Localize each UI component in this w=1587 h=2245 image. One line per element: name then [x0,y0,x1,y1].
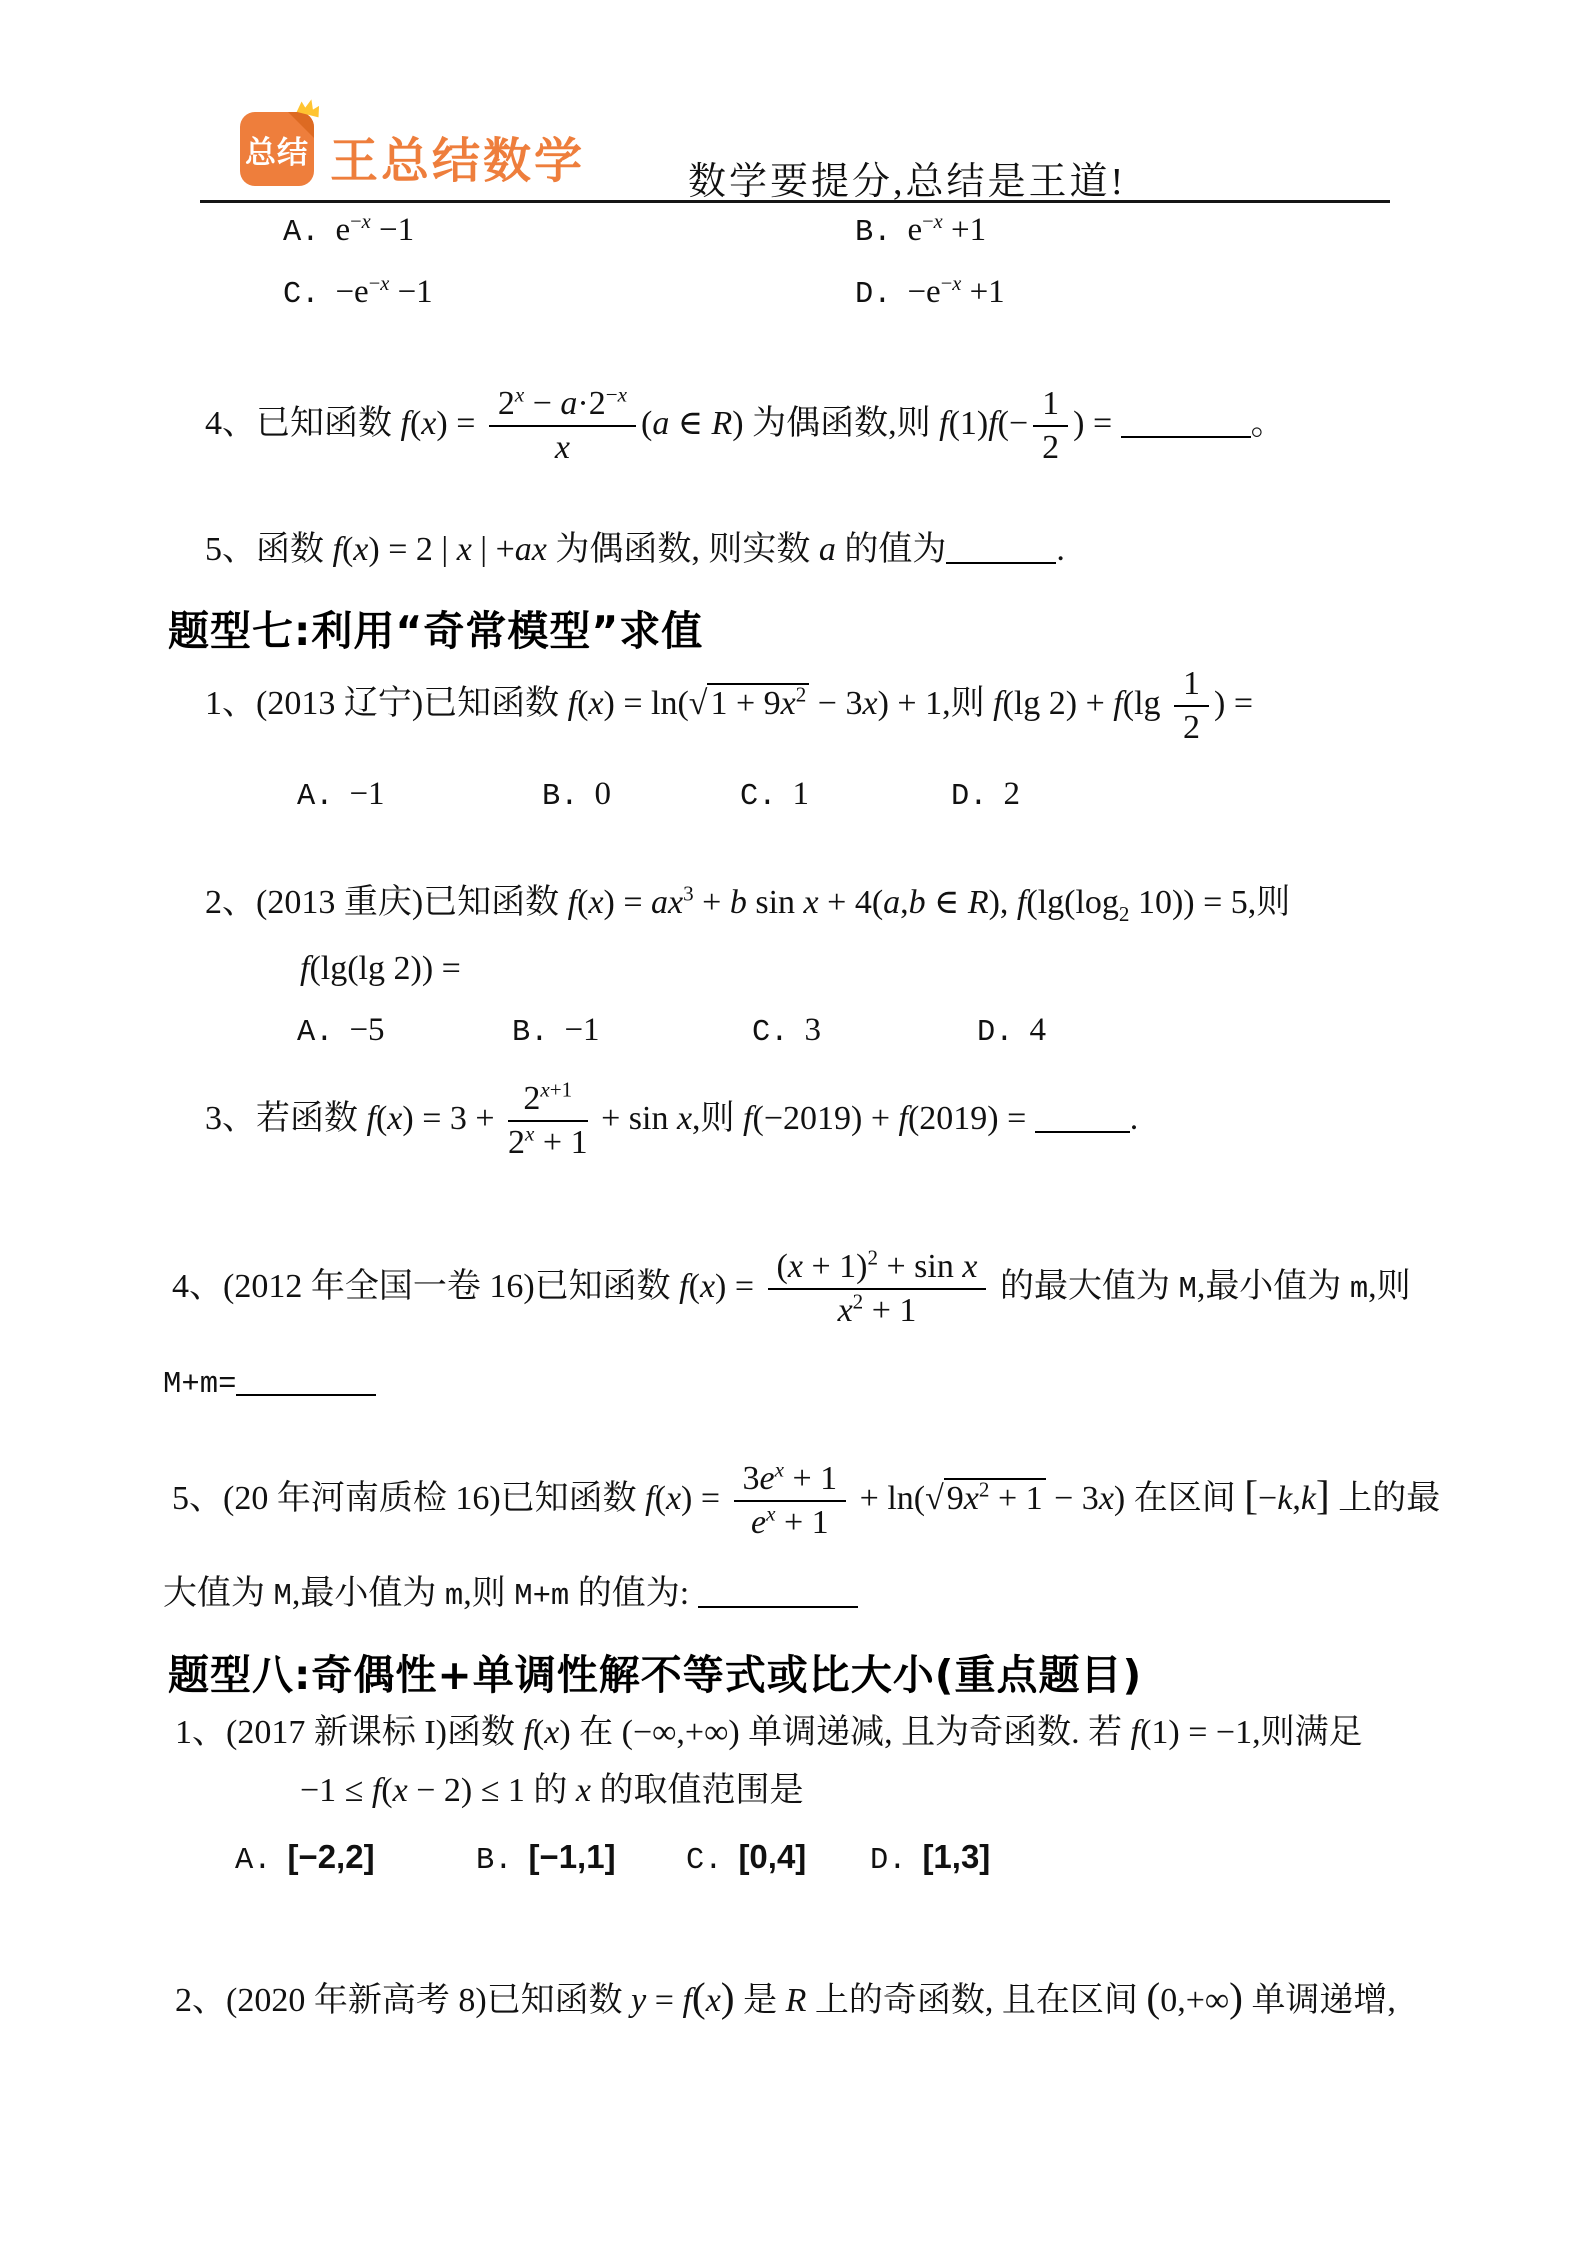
option-label: C. [740,780,776,814]
option-label: C. [686,1844,722,1878]
badge-text: 总结 [240,112,314,186]
option-value: −5 [349,1012,384,1048]
option-label: D. [870,1844,906,1878]
option-label: C. [752,1016,788,1050]
option-value: −1 [564,1012,599,1048]
s7-p1-option-a: A.−1 [297,776,385,814]
option-value: e−x −1 [335,212,414,248]
s7-p2-option-d: D.4 [977,1012,1046,1050]
brand-badge: 总结 [240,112,314,186]
header-rule [200,200,1390,203]
s7-problem-3: 3、若函数 f(x) = 3 + 2x+12x + 1 + sin x,则 f(… [205,1080,1138,1162]
option-b: B.e−x +1 [855,212,986,250]
s8-problem-2: 2、(2020 年新高考 8)已知函数 y = f(x) 是 R 上的奇函数, … [175,1972,1396,2024]
s8-p1-option-d: D.[1,3] [870,1838,990,1878]
brand-title: 王总结数学 [330,122,585,191]
s7-problem-5-line1: 5、(20 年河南质检 16)已知函数 f(x) = 3ex + 1ex + 1… [172,1460,1440,1542]
option-value: 4 [1029,1012,1046,1048]
option-value: [0,4] [738,1838,806,1875]
option-label: A. [297,780,333,814]
option-label: B. [855,216,891,250]
option-label: D. [951,780,987,814]
option-value: 2 [1003,776,1020,812]
option-value: −1 [349,776,384,812]
problem-5: 5、函数 f(x) = 2 | x | +ax 为偶函数, 则实数 a 的值为. [205,528,1065,571]
option-value: 1 [792,776,809,812]
option-label: C. [283,278,319,312]
option-value: [1,3] [922,1838,990,1875]
s8-problem-1-line2: −1 ≤ f(x − 2) ≤ 1 的 x 的取值范围是 [300,1770,803,1813]
option-value: [−2,2] [287,1838,374,1875]
s8-p1-option-c: C.[0,4] [686,1838,806,1878]
s7-problem-4-line1: 4、(2012 年全国一卷 16)已知函数 f(x) = (x + 1)2 + … [172,1248,1411,1330]
s7-p2-option-c: C.3 [752,1012,821,1050]
section7-title: 题型七:利用“奇常模型”求值 [168,598,703,657]
s7-p1-option-c: C.1 [740,776,809,814]
s8-p1-option-a: A.[−2,2] [235,1838,375,1878]
s8-problem-1-line1: 1、(2017 新课标 I)函数 f(x) 在 (−∞,+∞) 单调递减, 且为… [175,1712,1363,1755]
worksheet-page: 总结 王总结数学 数学要提分,总结是王道! A.e−x −1 B.e−x +1 … [0,0,1587,2245]
option-c: C.−e−x −1 [283,274,433,312]
problem-4: 4、已知函数 f(x) = 2x − a·2−xx(a ∈ R) 为偶函数,则 … [205,385,1285,467]
option-d: D.−e−x +1 [855,274,1005,312]
s7-problem-1: 1、(2013 辽宁)已知函数 f(x) = ln(√1 + 9x2 − 3x)… [205,665,1253,747]
option-value: [−1,1] [528,1838,615,1875]
option-value: −e−x −1 [335,274,432,310]
option-label: A. [235,1844,271,1878]
option-value: −e−x +1 [907,274,1004,310]
s7-problem-4-line2: M+m= [163,1360,376,1404]
s7-p1-option-d: D.2 [951,776,1020,814]
option-label: D. [977,1016,1013,1050]
option-label: A. [283,216,319,250]
option-label: B. [542,780,578,814]
s7-p2-option-b: B.−1 [512,1012,600,1050]
s7-p2-option-a: A.−5 [297,1012,385,1050]
option-a: A.e−x −1 [283,212,414,250]
option-label: B. [476,1844,512,1878]
s7-problem-5-line2: 大值为 M,最小值为 m,则 M+m 的值为: [163,1572,858,1616]
s7-problem-2-line2: f(lg(lg 2)) = [300,948,461,991]
option-value: 3 [804,1012,821,1048]
s8-p1-option-b: B.[−1,1] [476,1838,616,1878]
s7-problem-2-line1: 2、(2013 重庆)已知函数 f(x) = ax3 + b sin x + 4… [205,882,1290,925]
option-label: B. [512,1016,548,1050]
option-label: A. [297,1016,333,1050]
option-label: D. [855,278,891,312]
option-value: e−x +1 [907,212,986,248]
section8-title: 题型八:奇偶性+单调性解不等式或比大小(重点题目) [168,1642,1142,1701]
option-value: 0 [594,776,611,812]
s7-p1-option-b: B.0 [542,776,611,814]
slogan: 数学要提分,总结是王道! [688,150,1126,205]
